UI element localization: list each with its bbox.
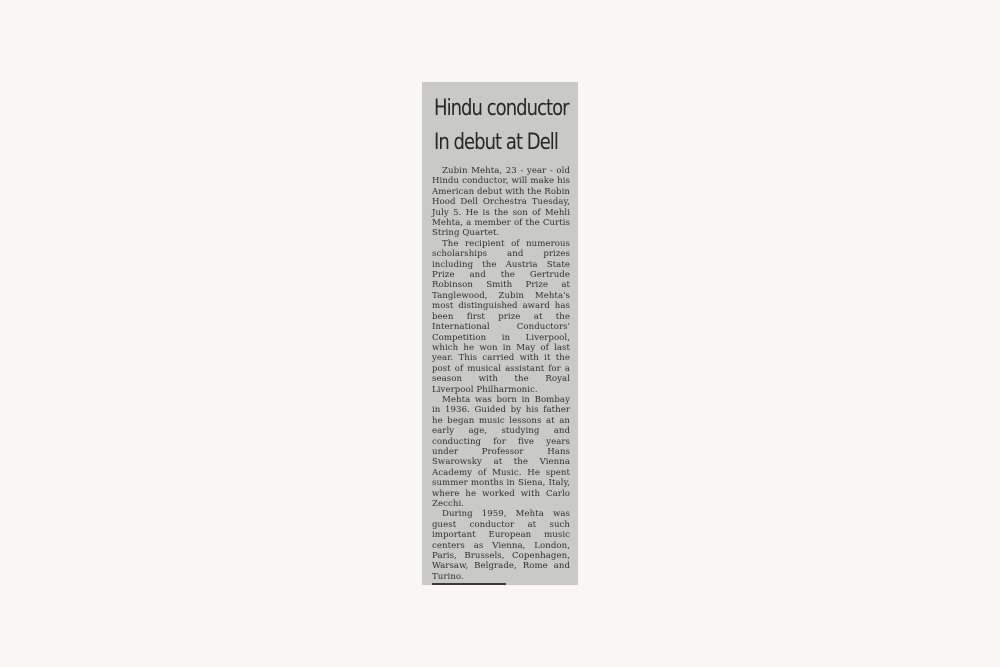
newspaper-clipping: Hindu conductor In debut at Dell Zubin M… [422, 82, 578, 585]
paragraph-2: The recipient of numerous scholarships a… [432, 239, 570, 395]
paragraph-4: During 1959, Mehta was guest conductor a… [432, 509, 570, 582]
paragraph-1: Zubin Mehta, 23 - year - old Hindu condu… [432, 166, 570, 239]
paragraph-3: Mehta was born in Bombay in 1936. Guided… [432, 395, 570, 509]
headline: Hindu conductor In debut at Dell [434, 92, 573, 160]
headline-line-2: In debut at Dell [434, 126, 573, 160]
headline-line-1: Hindu conductor [434, 92, 573, 126]
end-rule [432, 583, 506, 585]
article-body: Zubin Mehta, 23 - year - old Hindu condu… [432, 166, 570, 582]
